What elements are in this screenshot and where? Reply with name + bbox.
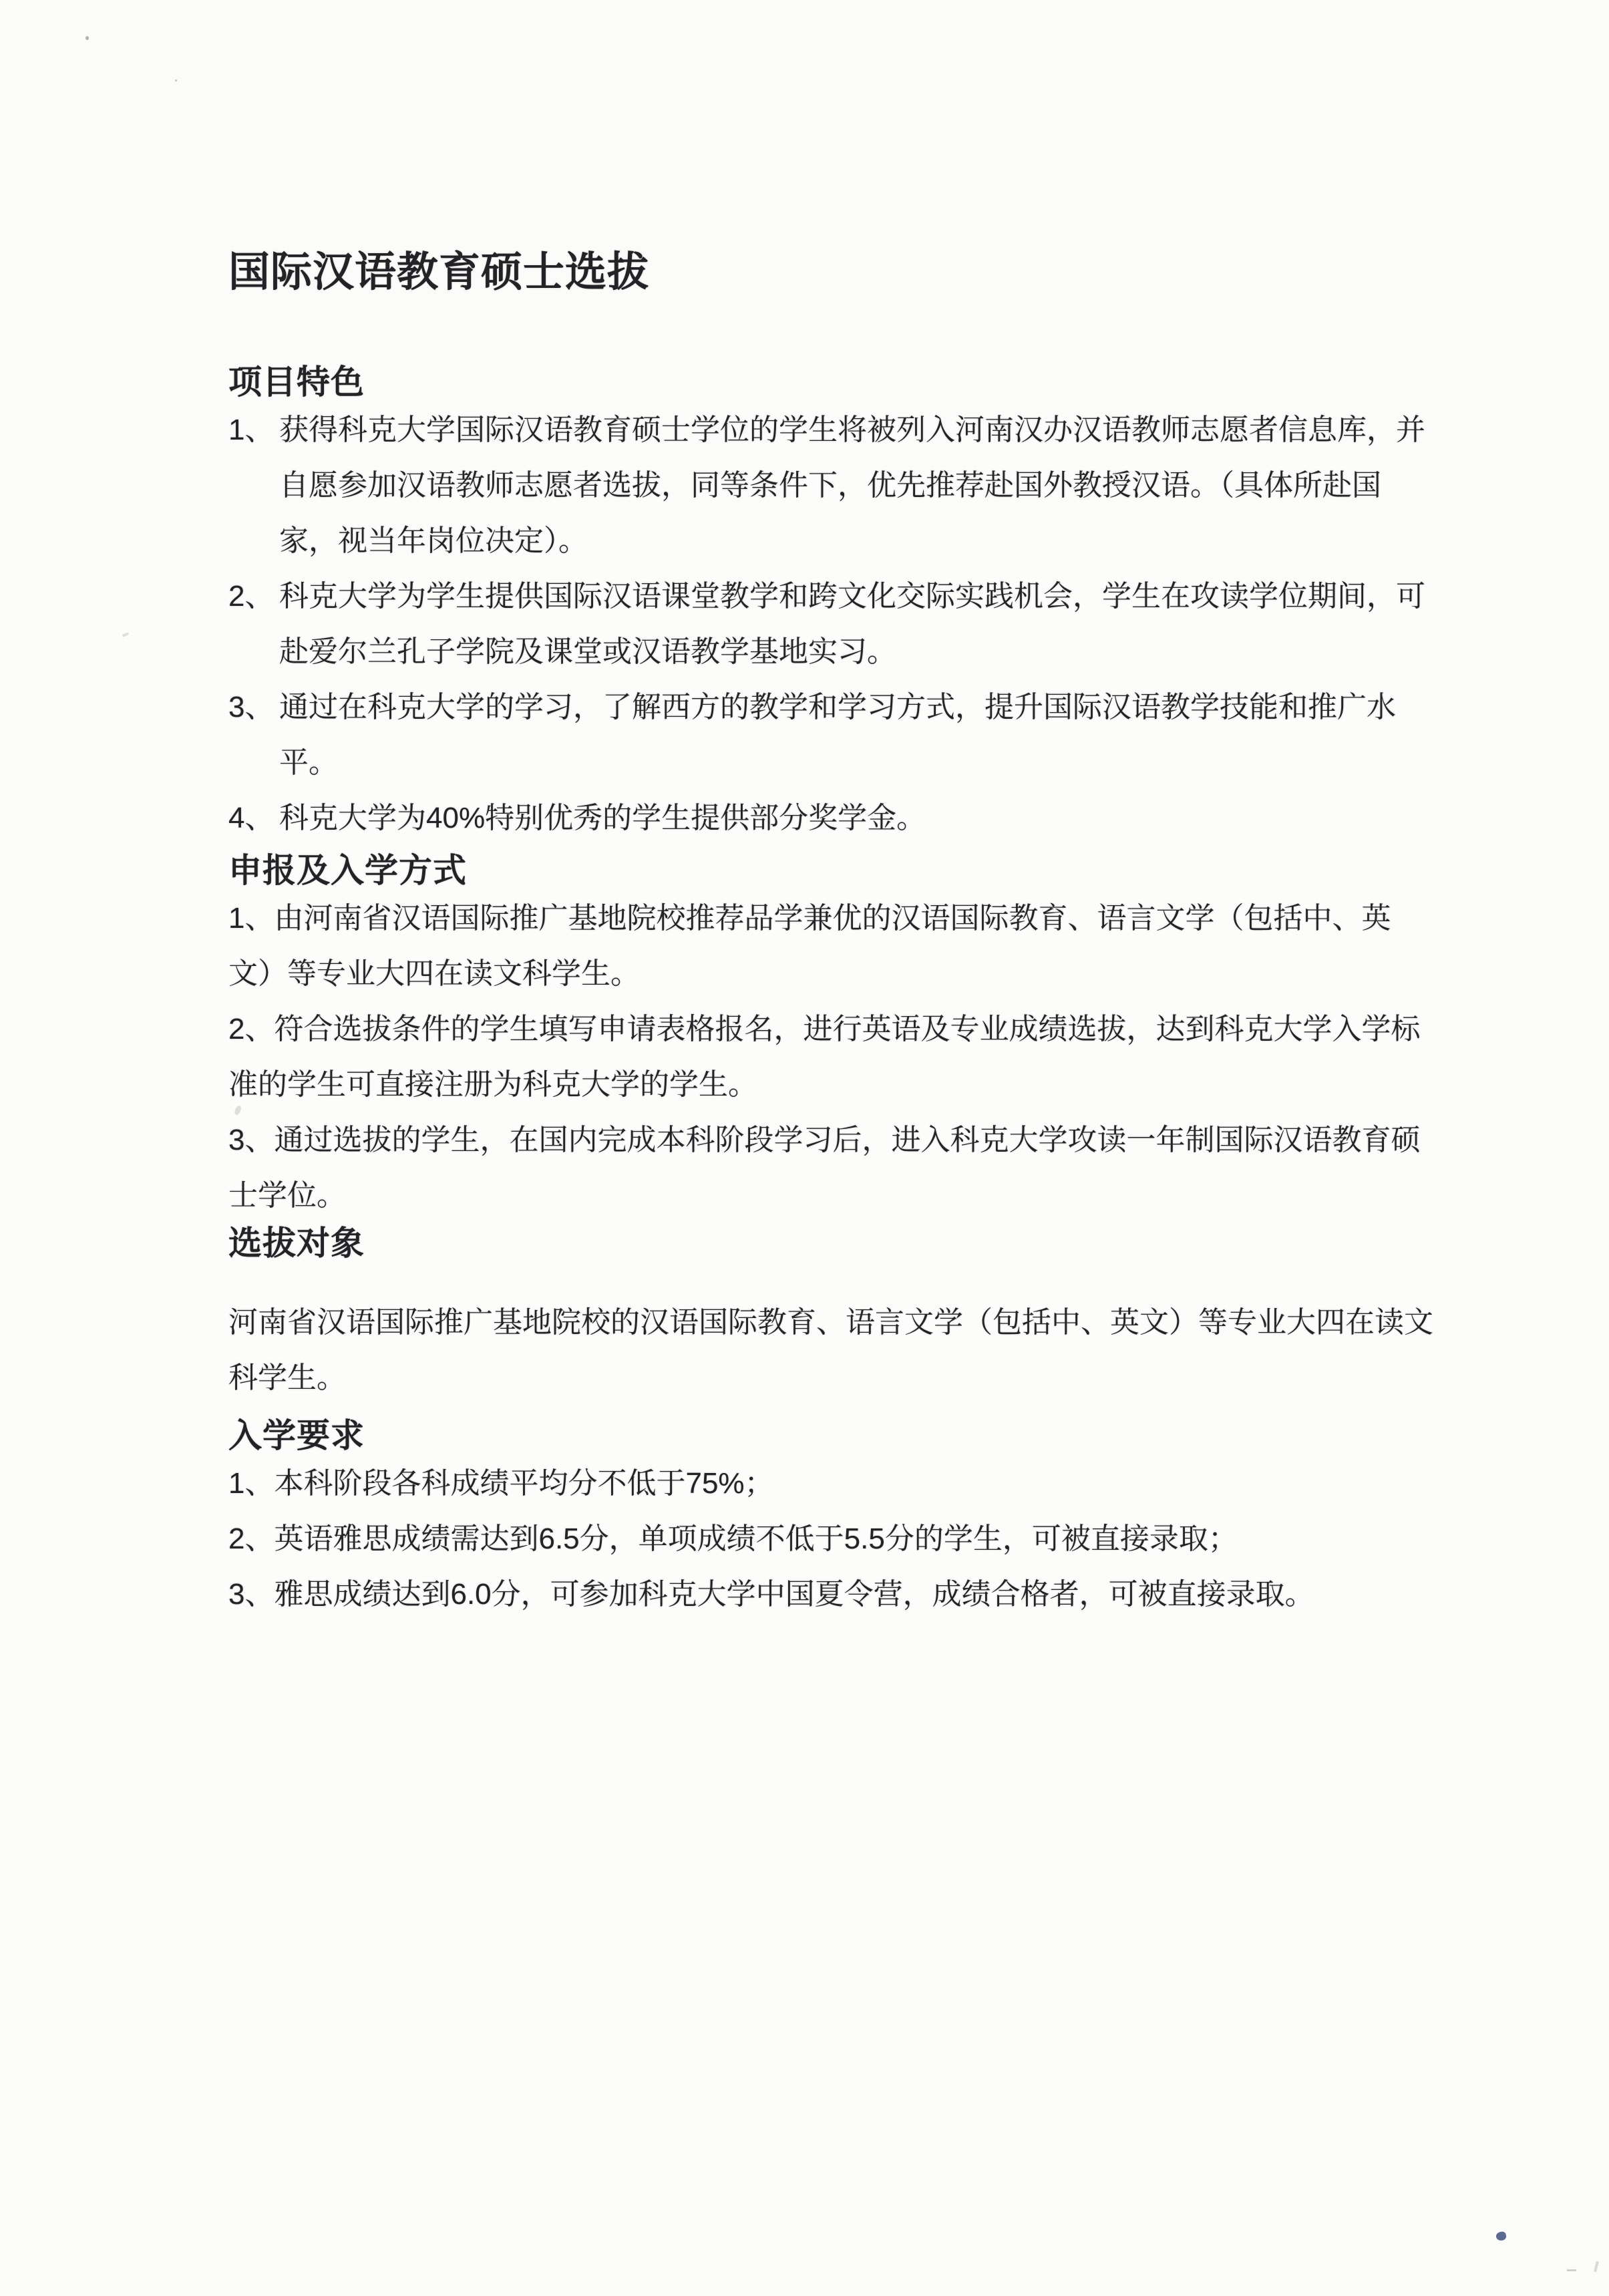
list-item-text: 符合选拔条件的学生填写申请表格报名，进行英语及专业成绩选拔，达到科克大学入学标 … xyxy=(228,1013,1420,1101)
list-item-number: 3、 xyxy=(228,1124,274,1156)
list-item-number: 2、 xyxy=(228,1522,274,1555)
section-selection-target: 选拔对象 河南省汉语国际推广基地院校的汉语国际教育、语言文学（包括中、英文）等专… xyxy=(228,1223,1538,1406)
list-item: 1、由河南省汉语国际推广基地院校推荐品学兼优的汉语国际教育、语言文学（包括中、英… xyxy=(228,890,1538,1001)
list-item-number: 2、 xyxy=(228,568,279,624)
ink-speck xyxy=(1495,2231,1507,2242)
selection-target-paragraph: 河南省汉语国际推广基地院校的汉语国际教育、语言文学（包括中、英文）等专业大四在读… xyxy=(228,1295,1538,1406)
list-item-number: 4、 xyxy=(228,790,279,846)
scan-speck xyxy=(122,632,130,637)
section-heading-admission-requirements: 入学要求 xyxy=(228,1416,1538,1456)
list-item: 3、雅思成绩达到6.0分，可参加科克大学中国夏令营，成绩合格者，可被直接录取。 xyxy=(228,1567,1538,1622)
list-item: 2、英语雅思成绩需达到6.5分，单项成绩不低于5.5分的学生，可被直接录取； xyxy=(228,1511,1538,1567)
list-item: 3、通过选拔的学生，在国内完成本科阶段学习后，进入科克大学攻读一年制国际汉语教育… xyxy=(228,1112,1538,1223)
list-item: 1、本科阶段各科成绩平均分不低于75%； xyxy=(228,1456,1538,1511)
list-item: 4、 科克大学为40%特别优秀的学生提供部分奖学金。 xyxy=(228,790,1538,846)
section-heading-program-features: 项目特色 xyxy=(228,362,1538,402)
application-method-list: 1、由河南省汉语国际推广基地院校推荐品学兼优的汉语国际教育、语言文学（包括中、英… xyxy=(228,890,1538,1223)
list-item-text: 获得科克大学国际汉语教育硕士学位的学生将被列入河南汉办汉语教师志愿者信息库，并 … xyxy=(279,402,1425,568)
list-item: 2、符合选拔条件的学生填写申请表格报名，进行英语及专业成绩选拔，达到科克大学入学… xyxy=(228,1001,1538,1112)
section-program-features: 项目特色 1、 获得科克大学国际汉语教育硕士学位的学生将被列入河南汉办汉语教师志… xyxy=(228,362,1538,846)
list-item-text: 科克大学为学生提供国际汉语课堂教学和跨文化交际实践机会，学生在攻读学位期间，可 … xyxy=(279,568,1425,679)
list-item-text: 科克大学为40%特别优秀的学生提供部分奖学金。 xyxy=(279,790,926,846)
scanned-document-page: 国际汉语教育硕士选拔 项目特色 1、 获得科克大学国际汉语教育硕士学位的学生将被… xyxy=(0,0,1609,2296)
list-item-number: 1、 xyxy=(228,402,279,458)
admission-requirements-list: 1、本科阶段各科成绩平均分不低于75%； 2、英语雅思成绩需达到6.5分，单项成… xyxy=(228,1456,1538,1622)
document-content: 国际汉语教育硕士选拔 项目特色 1、 获得科克大学国际汉语教育硕士学位的学生将被… xyxy=(228,0,1538,1622)
section-heading-application-method: 申报及入学方式 xyxy=(228,850,1538,890)
list-item-number: 1、 xyxy=(228,902,274,935)
scan-speck xyxy=(175,79,177,81)
scan-speck xyxy=(1594,2261,1599,2272)
list-item-text: 由河南省汉语国际推广基地院校推荐品学兼优的汉语国际教育、语言文学（包括中、英 文… xyxy=(228,902,1391,990)
section-application-method: 申报及入学方式 1、由河南省汉语国际推广基地院校推荐品学兼优的汉语国际教育、语言… xyxy=(228,850,1538,1223)
list-item-text: 英语雅思成绩需达到6.5分，单项成绩不低于5.5分的学生，可被直接录取； xyxy=(274,1522,1237,1555)
scan-speck xyxy=(85,36,89,40)
list-item-text: 通过选拔的学生，在国内完成本科阶段学习后，进入科克大学攻读一年制国际汉语教育硕 … xyxy=(228,1124,1420,1212)
section-admission-requirements: 入学要求 1、本科阶段各科成绩平均分不低于75%； 2、英语雅思成绩需达到6.5… xyxy=(228,1416,1538,1622)
list-item-number: 1、 xyxy=(228,1467,274,1500)
list-item-text: 通过在科克大学的学习，了解西方的教学和学习方式，提升国际汉语教学技能和推广水 平… xyxy=(279,679,1396,790)
document-title: 国际汉语教育硕士选拔 xyxy=(228,249,1538,297)
scan-speck xyxy=(1567,2269,1576,2271)
program-features-list: 1、 获得科克大学国际汉语教育硕士学位的学生将被列入河南汉办汉语教师志愿者信息库… xyxy=(228,402,1538,846)
list-item: 2、 科克大学为学生提供国际汉语课堂教学和跨文化交际实践机会，学生在攻读学位期间… xyxy=(228,568,1538,679)
list-item: 1、 获得科克大学国际汉语教育硕士学位的学生将被列入河南汉办汉语教师志愿者信息库… xyxy=(228,402,1538,568)
list-item-text: 本科阶段各科成绩平均分不低于75%； xyxy=(274,1467,773,1500)
list-item-text: 雅思成绩达到6.0分，可参加科克大学中国夏令营，成绩合格者，可被直接录取。 xyxy=(274,1578,1314,1611)
list-item: 3、 通过在科克大学的学习，了解西方的教学和学习方式，提升国际汉语教学技能和推广… xyxy=(228,679,1538,790)
section-heading-selection-target: 选拔对象 xyxy=(228,1223,1538,1263)
list-item-number: 2、 xyxy=(228,1013,274,1045)
list-item-number: 3、 xyxy=(228,1578,274,1611)
list-item-number: 3、 xyxy=(228,679,279,735)
